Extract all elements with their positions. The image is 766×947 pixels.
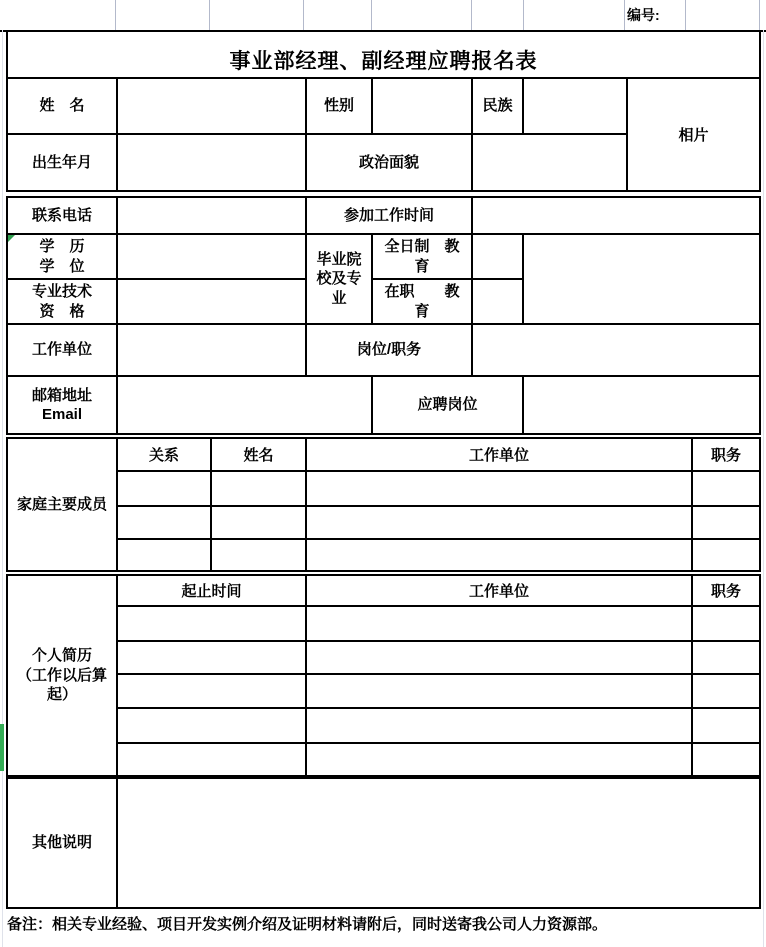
work-start-input-cell[interactable] [472,197,760,234]
email-label-line: Email [8,405,116,425]
family-position-header: 职务 [692,438,760,471]
other-notes-input-cell[interactable] [117,778,760,908]
gridline [523,0,524,30]
resume-position-input-cell[interactable] [692,743,760,776]
resume-position-input-cell[interactable] [692,708,760,743]
gridline [759,0,760,30]
resume-position-input-cell[interactable] [692,606,760,641]
name-input-cell[interactable] [117,78,306,134]
birth-date-label: 出生年月 [7,134,117,191]
fulltime-label-line: 全日制 教 [373,237,471,257]
resume-employer-input-cell[interactable] [306,743,692,776]
email-input-cell[interactable] [117,376,372,434]
school-label-line: 毕业院 [307,250,371,270]
name-label: 姓 名 [7,78,117,134]
applied-position-label: 应聘岗位 [372,376,523,434]
resume-period-input-cell[interactable] [117,641,306,674]
resume-label-line: （工作以后算 [8,666,116,686]
resume-section-label: 个人简历 （工作以后算 起） [7,575,117,776]
fulltime-education-label: 全日制 教 育 [372,234,472,279]
family-row [7,506,760,539]
family-relation-input-cell[interactable] [117,539,211,571]
education-label-line: 学 历 [8,237,116,257]
family-name-input-cell[interactable] [211,471,306,506]
resume-employer-input-cell[interactable] [306,708,692,743]
resume-position-input-cell[interactable] [692,674,760,708]
resume-row [7,641,760,674]
onjob-label-line: 育 [373,302,471,322]
resume-row [7,674,760,708]
row-selection-marker [0,724,4,771]
application-form-sheet: 编号: 事业部经理、副经理应聘报名表 姓 名 性别 民族 相片 出生年月 政治面… [0,0,766,947]
family-employer-input-cell[interactable] [306,506,692,539]
resume-period-input-cell[interactable] [117,674,306,708]
family-employer-input-cell[interactable] [306,471,692,506]
birth-date-input-cell[interactable] [117,134,306,191]
onjob-label-line: 在职 教 [373,282,471,302]
page-title: 事业部经理、副经理应聘报名表 [230,45,538,77]
resume-period-input-cell[interactable] [117,743,306,776]
family-members-table: 家庭主要成员 关系 姓名 工作单位 职务 [6,437,761,572]
gridline [763,30,764,947]
gridline [115,0,116,30]
family-position-input-cell[interactable] [692,506,760,539]
gridline [624,0,625,30]
position-input-cell[interactable] [472,324,760,376]
other-notes-label: 其他说明 [7,778,117,908]
family-name-input-cell[interactable] [211,506,306,539]
resume-period-input-cell[interactable] [117,606,306,641]
applied-position-input-cell[interactable] [523,376,760,434]
resume-position-input-cell[interactable] [692,641,760,674]
ethnicity-label: 民族 [472,78,523,134]
political-status-label: 政治面貌 [306,134,472,191]
employer-input-cell[interactable] [117,324,306,376]
graduate-school-label: 毕业院 校及专 业 [306,234,372,324]
resume-period-input-cell[interactable] [117,708,306,743]
family-relation-header: 关系 [117,438,211,471]
onjob-education-input-cell[interactable] [472,279,523,324]
resume-row [7,606,760,641]
phone-input-cell[interactable] [117,197,306,234]
family-relation-input-cell[interactable] [117,471,211,506]
gridline [209,0,210,30]
fulltime-education-input-cell[interactable] [472,234,523,279]
political-status-input-cell[interactable] [472,134,627,191]
resume-employer-input-cell[interactable] [306,641,692,674]
email-label: 邮箱地址 Email [7,376,117,434]
cell-error-indicator-icon [8,235,15,242]
basic-info-table-2: 联系电话 参加工作时间 学 历 学 位 毕业院 校及专 业 全日制 教 育 [6,196,761,435]
work-start-label: 参加工作时间 [306,197,472,234]
prof-qual-label-line: 专业技术 [8,282,116,302]
form-title-row: 事业部经理、副经理应聘报名表 [6,32,761,77]
email-label-line: 邮箱地址 [8,386,116,406]
family-row [7,539,760,571]
resume-employer-input-cell[interactable] [306,606,692,641]
family-name-header: 姓名 [211,438,306,471]
family-position-input-cell[interactable] [692,539,760,571]
resume-row [7,743,760,776]
family-employer-input-cell[interactable] [306,539,692,571]
gridline [371,0,372,30]
resume-label-line: 个人简历 [8,646,116,666]
gridline [303,0,304,30]
photo-placeholder: 相片 [627,78,760,191]
resume-employer-input-cell[interactable] [306,674,692,708]
resume-row [7,708,760,743]
education-input-cell[interactable] [117,234,306,279]
family-position-input-cell[interactable] [692,471,760,506]
resume-label-line: 起） [8,685,116,705]
phone-label: 联系电话 [7,197,117,234]
family-name-input-cell[interactable] [211,539,306,571]
ethnicity-input-cell[interactable] [523,78,627,134]
employer-label: 工作单位 [7,324,117,376]
serial-number-label: 编号: [627,5,660,25]
position-label: 岗位/职务 [306,324,472,376]
gender-input-cell[interactable] [372,78,472,134]
onjob-education-label: 在职 教 育 [372,279,472,324]
family-employer-header: 工作单位 [306,438,692,471]
family-section-label: 家庭主要成员 [7,438,117,571]
gridline [2,30,3,947]
degree-label-line: 学 位 [8,257,116,277]
footer-note: 备注：相关专业经验、项目开发实例介绍及证明材料请附后，同时送寄我公司人力资源部。 [7,913,757,934]
education-degree-label: 学 历 学 位 [7,234,117,279]
family-relation-input-cell[interactable] [117,506,211,539]
gridline [685,0,686,30]
resume-position-header: 职务 [692,575,760,606]
basic-info-table-1: 姓 名 性别 民族 相片 出生年月 政治面貌 [6,77,761,192]
other-notes-table: 其他说明 [6,777,761,909]
gridline [471,0,472,30]
resume-table: 个人简历 （工作以后算 起） 起止时间 工作单位 职务 [6,574,761,777]
resume-period-header: 起止时间 [117,575,306,606]
gender-label: 性别 [306,78,372,134]
school-label-line: 校及专 [307,269,371,289]
fulltime-label-line: 育 [373,257,471,277]
prof-qual-label-line: 资 格 [8,302,116,322]
resume-employer-header: 工作单位 [306,575,692,606]
professional-qualification-input-cell[interactable] [117,279,306,324]
family-row [7,471,760,506]
professional-qualification-label: 专业技术 资 格 [7,279,117,324]
school-label-line: 业 [307,289,371,309]
